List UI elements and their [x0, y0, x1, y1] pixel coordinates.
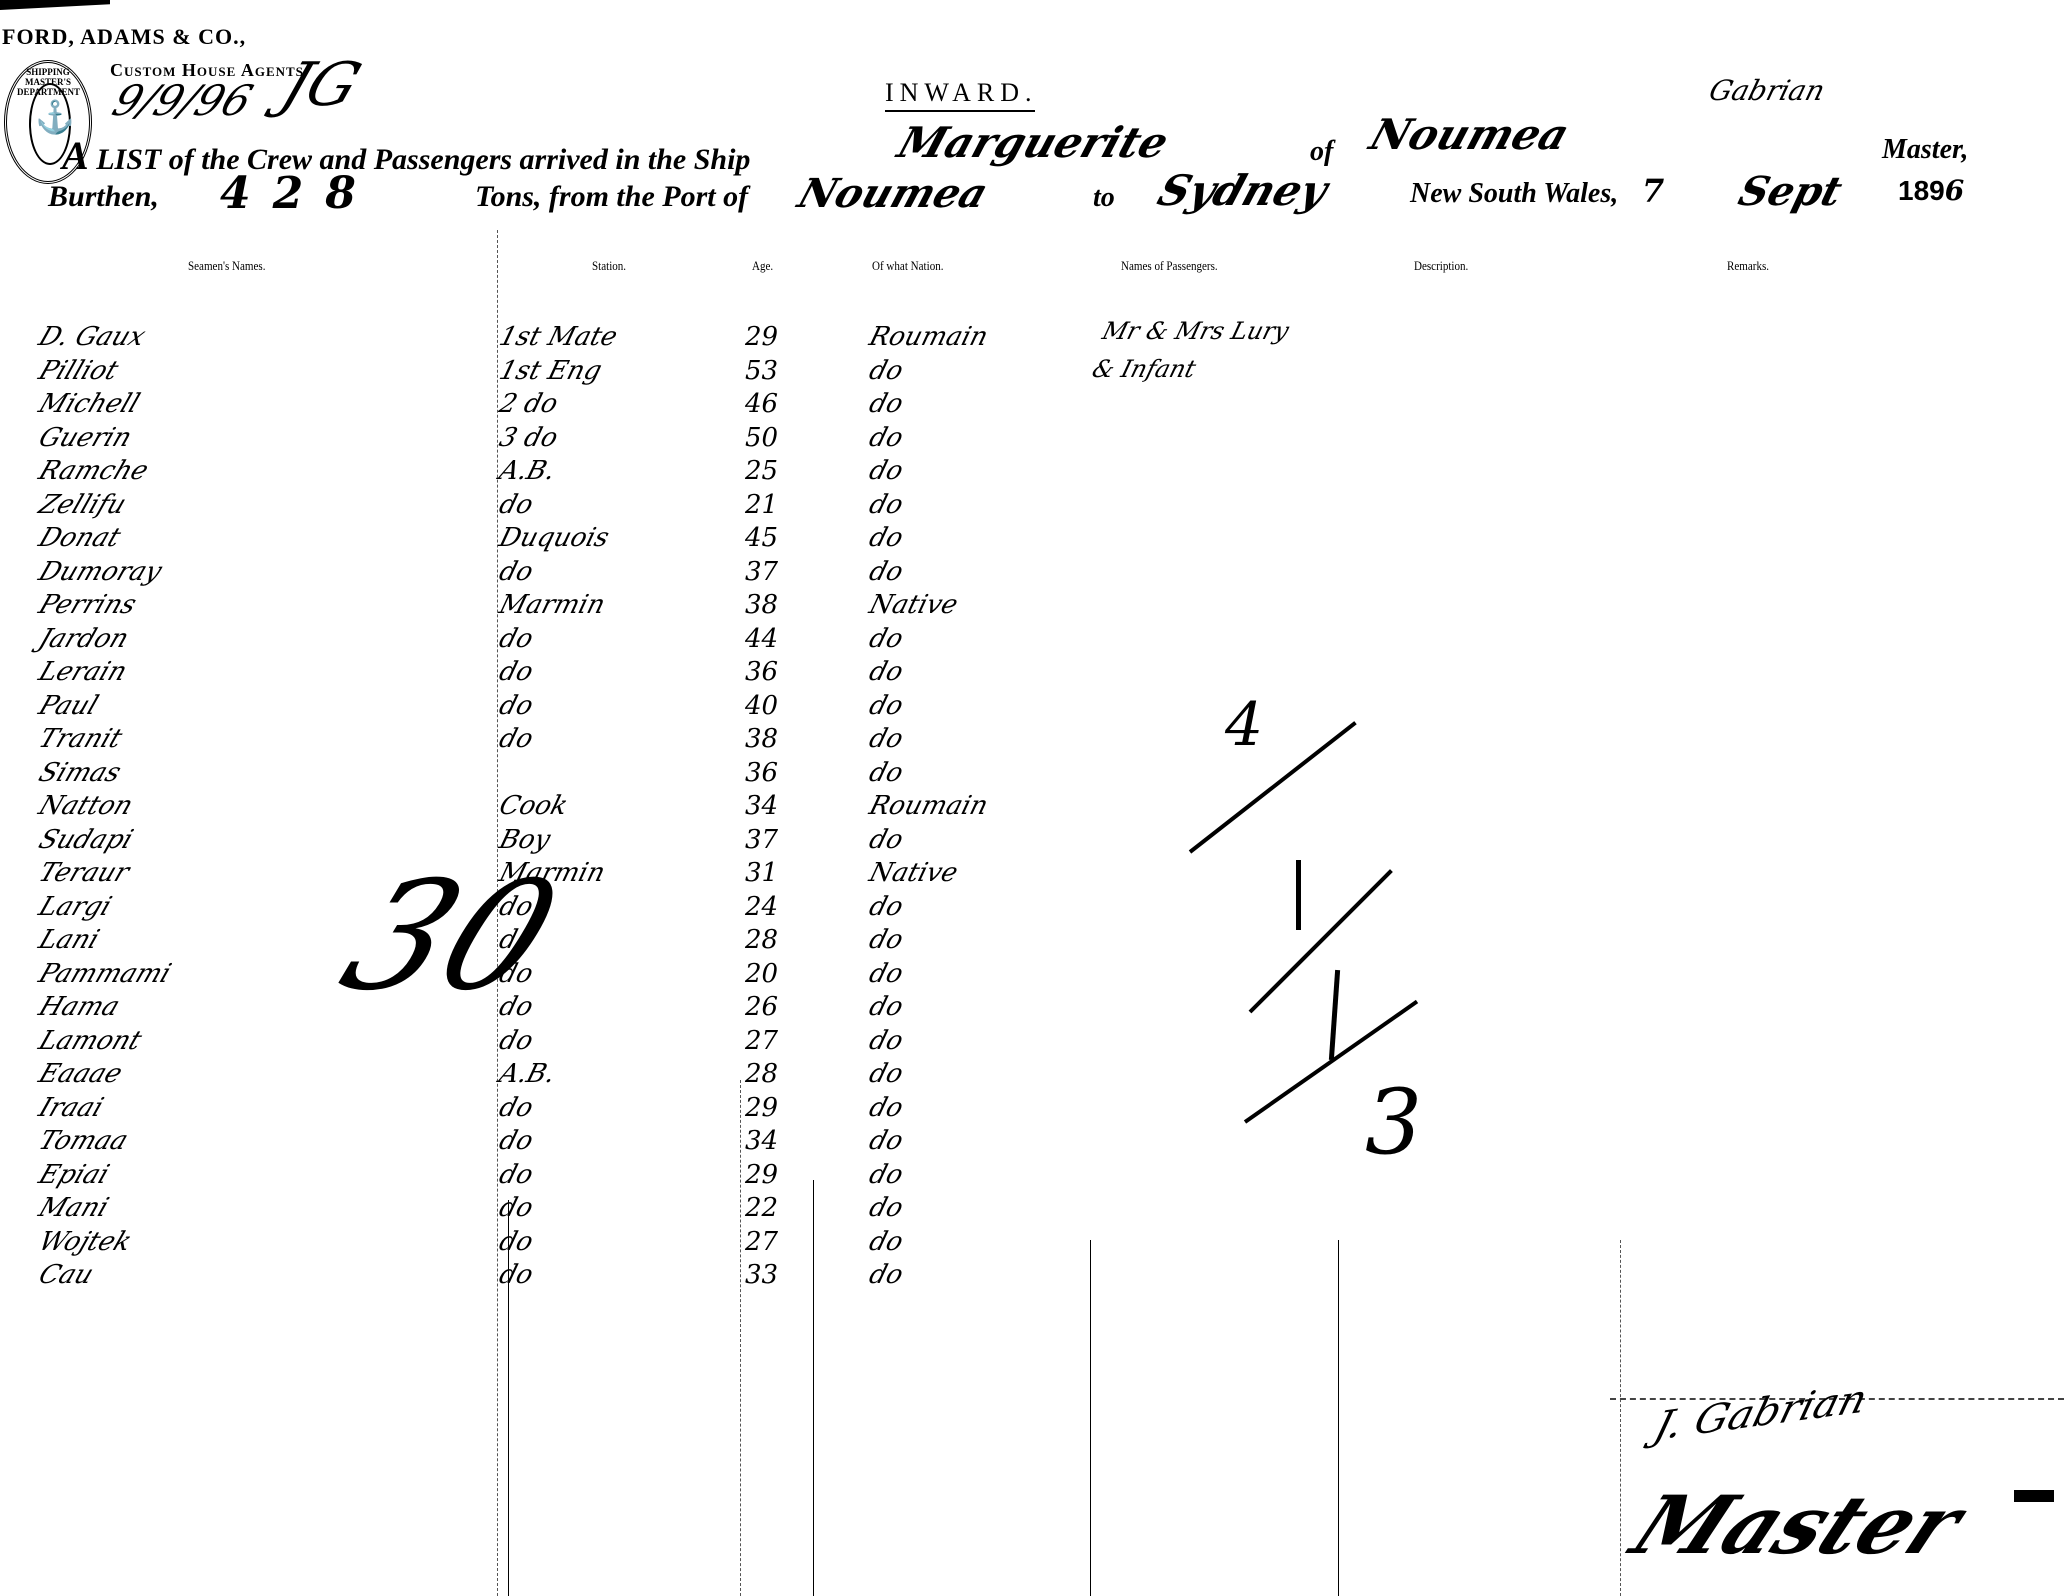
crew-age: 40: [745, 691, 778, 721]
crew-nation: do: [866, 892, 906, 922]
crew-age: 50: [745, 423, 778, 453]
crew-age: 26: [745, 992, 778, 1022]
tally-digit: [1329, 970, 1340, 1060]
crew-name: Lerain: [35, 657, 132, 687]
crew-nation: do: [866, 1059, 906, 1089]
crew-name: Michell: [35, 389, 144, 419]
column-divider: [1620, 1240, 1622, 1596]
crew-age: 25: [745, 456, 778, 486]
nsw-label: New South Wales,: [1410, 178, 1618, 210]
year-prefix: 189: [1898, 175, 1945, 206]
crew-nation: do: [866, 992, 906, 1022]
crew-station: do: [496, 1160, 536, 1190]
title-underline: [885, 110, 1035, 112]
crew-age: 37: [745, 825, 778, 855]
crew-name: Epiai: [35, 1160, 114, 1190]
crew-station: do: [496, 624, 536, 654]
crew-age: 29: [745, 1093, 778, 1123]
anchor-icon: ⚓: [35, 101, 75, 133]
passenger-names: Mr & Mrs Lury & Infant: [1088, 312, 1293, 388]
crew-age: 36: [745, 758, 778, 788]
col-nation: Of what Nation.: [872, 258, 944, 274]
crew-nation: do: [866, 1193, 906, 1223]
crew-name: Tomaa: [35, 1126, 133, 1156]
master-signature: J. Gabrian: [1649, 1376, 1872, 1450]
crew-nation: Native: [866, 590, 961, 620]
crew-station: 1st Mate: [496, 322, 621, 352]
crew-age: 34: [745, 1126, 778, 1156]
crew-station: do: [496, 1260, 536, 1290]
crew-name: Dumoray: [35, 557, 166, 587]
crew-nation: do: [866, 423, 906, 453]
tally-slash: [1249, 869, 1393, 1013]
crew-nation: do: [866, 624, 906, 654]
tally-digit: 3: [1365, 1070, 1422, 1175]
crew-station: do: [496, 691, 536, 721]
crew-nation: do: [866, 557, 906, 587]
crew-name: D. Gaux: [35, 322, 150, 352]
crew-station: A.B.: [496, 456, 558, 486]
crew-station: do: [496, 1026, 536, 1056]
crew-age: 21: [745, 490, 778, 520]
crew-name: Lamont: [35, 1026, 146, 1056]
destination-port: Sydney: [1152, 166, 1334, 215]
crew-name: Jardon: [35, 624, 133, 654]
signature-role: Master: [1618, 1478, 1977, 1572]
crew-name: Hama: [35, 992, 124, 1022]
form-title: INWARD.: [885, 78, 1038, 108]
burthen-label: Burthen,: [48, 180, 159, 214]
crew-age: 29: [745, 322, 778, 352]
list-prefix: A: [62, 133, 89, 178]
scan-edge-bar: [0, 0, 110, 10]
arrival-year: 1896: [1898, 174, 1964, 207]
crew-nation: Native: [866, 858, 961, 888]
crew-name: Largi: [35, 892, 116, 922]
master-label: Master,: [1882, 134, 1968, 166]
crew-name: Ramche: [35, 456, 153, 486]
master-name: Gabrian: [1706, 74, 1829, 107]
crew-age: 53: [745, 356, 778, 386]
crew-age: 28: [745, 1059, 778, 1089]
crew-name: Cau: [35, 1260, 98, 1290]
crew-station: 1st Eng: [496, 356, 605, 386]
crew-station: A.B.: [496, 1059, 558, 1089]
arrival-month: Sept: [1734, 168, 1847, 215]
crew-age: 31: [745, 858, 778, 888]
crew-name: Donat: [35, 523, 125, 553]
of-label: of: [1310, 136, 1333, 168]
crew-age: 22: [745, 1193, 778, 1223]
crew-nation: do: [866, 959, 906, 989]
crew-name: Teraur: [35, 858, 134, 888]
crew-station: do: [496, 1193, 536, 1223]
ship-home-port: Noumea: [1364, 110, 1575, 159]
crew-name: Sudapi: [35, 825, 138, 855]
crew-station: do: [496, 1227, 536, 1257]
crew-nation: do: [866, 724, 906, 754]
crew-age: 38: [745, 724, 778, 754]
tally-digit: 4: [1225, 690, 1263, 760]
crew-nation: do: [866, 825, 906, 855]
crew-age: 46: [745, 389, 778, 419]
received-date: 9/9/96: [106, 76, 259, 125]
crew-name: Lani: [35, 925, 104, 955]
col-station: Station.: [592, 258, 626, 274]
column-divider: [813, 1180, 814, 1596]
crew-age: 29: [745, 1160, 778, 1190]
crew-nation: do: [866, 1126, 906, 1156]
col-age: Age.: [752, 258, 773, 274]
crew-nation: do: [866, 456, 906, 486]
to-label: to: [1093, 182, 1115, 214]
crew-nation: do: [866, 490, 906, 520]
crew-age: 34: [745, 791, 778, 821]
ink-mark: [2014, 1490, 2054, 1502]
crew-name: Guerin: [35, 423, 136, 453]
ship-name: Marguerite: [892, 118, 1175, 167]
crew-name: Zellifu: [35, 490, 131, 520]
crew-name: Eaaae: [35, 1059, 127, 1089]
crew-nation: do: [866, 523, 906, 553]
crew-age: 38: [745, 590, 778, 620]
crew-name: Pilliot: [35, 356, 123, 386]
crew-age: 37: [745, 557, 778, 587]
crew-name: Pammami: [35, 959, 176, 989]
crew-age: 27: [745, 1026, 778, 1056]
crew-age: 44: [745, 624, 778, 654]
crew-station: 2 do: [496, 389, 561, 419]
passenger-line: & Infant: [1088, 350, 1283, 388]
crew-station: Marmin: [496, 590, 608, 620]
column-divider: [1338, 1240, 1339, 1596]
crew-age: 24: [745, 892, 778, 922]
col-description: Description.: [1414, 258, 1468, 274]
year-suffix: 6: [1945, 174, 1964, 207]
column-divider: [740, 1080, 742, 1596]
crew-age: 33: [745, 1260, 778, 1290]
crew-name: Wojtek: [35, 1227, 136, 1257]
crew-age: 27: [745, 1227, 778, 1257]
col-passenger-names: Names of Passengers.: [1121, 258, 1218, 274]
crew-station: 3 do: [496, 423, 561, 453]
crew-age: 28: [745, 925, 778, 955]
crew-station: do: [496, 490, 536, 520]
crew-nation: do: [866, 691, 906, 721]
crew-station: Duquois: [496, 523, 612, 553]
crew-nation: do: [866, 1093, 906, 1123]
crew-station: do: [496, 724, 536, 754]
list-text: LIST of the Crew and Passengers arrived …: [96, 143, 750, 176]
arrival-day: 7: [1642, 172, 1664, 210]
passenger-line: Mr & Mrs Lury: [1098, 312, 1293, 350]
crew-nation: do: [866, 1227, 906, 1257]
crew-nation: do: [866, 758, 906, 788]
burthen-tons: 428: [220, 168, 378, 219]
crew-nation: Roumain: [866, 791, 991, 821]
tons-label: Tons, from the Port of: [475, 180, 748, 214]
crew-name: Tranit: [35, 724, 127, 754]
crew-nation: do: [866, 1260, 906, 1290]
crew-station: do: [496, 657, 536, 687]
crew-name: Mani: [35, 1193, 113, 1223]
crew-name: Paul: [35, 691, 103, 721]
crew-total-annotation: 30: [320, 850, 581, 1024]
crew-station: Cook: [496, 791, 571, 821]
crew-name: Iraai: [35, 1093, 108, 1123]
list-heading: A LIST of the Crew and Passengers arrive…: [62, 132, 750, 179]
crew-nation: do: [866, 356, 906, 386]
crew-station: do: [496, 1093, 536, 1123]
crew-station: do: [496, 1126, 536, 1156]
from-port: Noumea: [792, 170, 993, 217]
crew-nation: do: [866, 1026, 906, 1056]
crew-name: Natton: [35, 791, 137, 821]
col-remarks: Remarks.: [1727, 258, 1769, 274]
col-seamen-names: Seamen's Names.: [188, 258, 265, 274]
crew-nation: do: [866, 389, 906, 419]
crew-nation: do: [866, 657, 906, 687]
tally-slash: [1189, 721, 1357, 853]
crew-nation: do: [866, 1160, 906, 1190]
tally-digit: [1296, 860, 1301, 930]
crew-station: do: [496, 557, 536, 587]
crew-age: 45: [745, 523, 778, 553]
crew-age: 36: [745, 657, 778, 687]
crew-nation: do: [866, 925, 906, 955]
column-divider: [1090, 1240, 1091, 1596]
crew-nation: Roumain: [866, 322, 991, 352]
crew-age: 20: [745, 959, 778, 989]
agent-name: FORD, ADAMS & CO.,: [2, 24, 246, 50]
crew-name: Perrins: [35, 590, 141, 620]
crew-name: Simas: [35, 758, 126, 788]
